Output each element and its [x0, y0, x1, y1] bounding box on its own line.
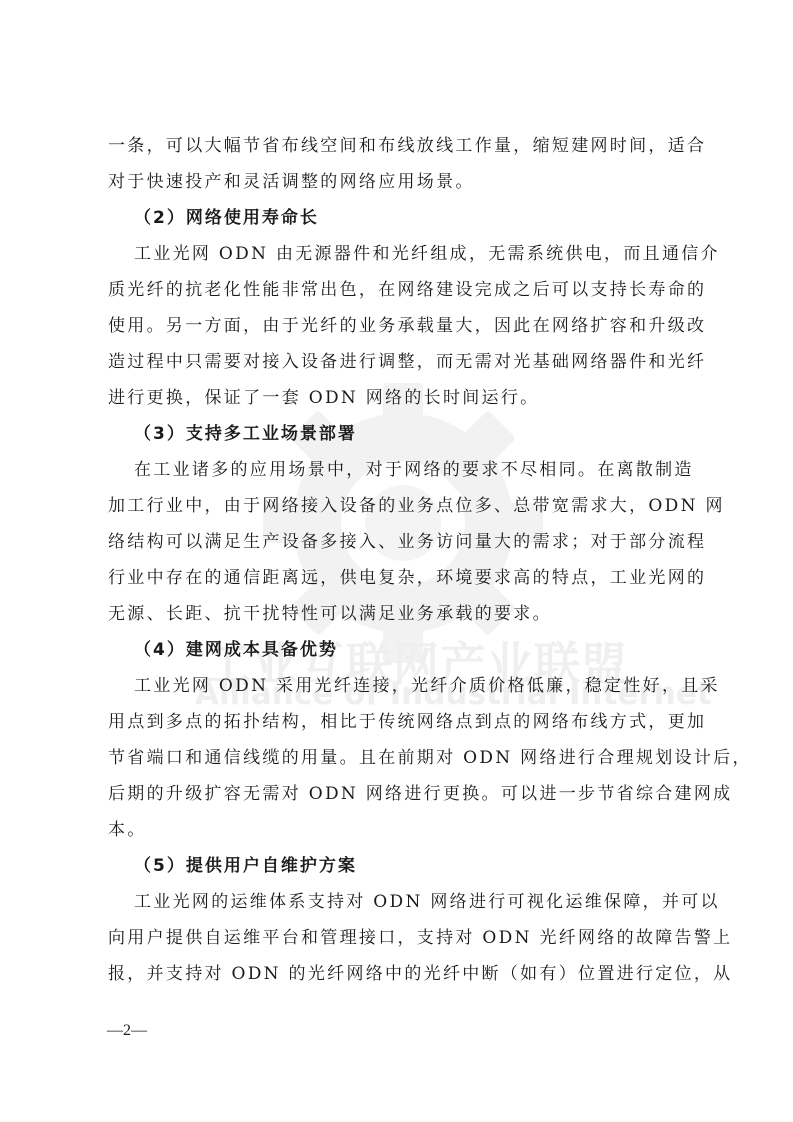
- paragraph: 在工业诸多的应用场景中，对于网络的要求不尽相同。在离散制造 加工行业中，由于网络…: [108, 452, 690, 632]
- text-line: 对于快速投产和灵活调整的网络应用场景。: [108, 164, 690, 200]
- text-line: 本。: [108, 812, 690, 848]
- page-number: —2—: [107, 1022, 147, 1040]
- paragraph: 一条，可以大幅节省布线空间和布线放线工作量，缩短建网时间，适合 对于快速投产和灵…: [108, 128, 690, 200]
- text-line: 节省端口和通信线缆的用量。且在前期对 ODN 网络进行合理规划设计后，: [108, 740, 690, 776]
- text-line: 加工行业中，由于网络接入设备的业务点位多、总带宽需求大，ODN 网: [108, 488, 690, 524]
- text-line: 无源、长距、抗干扰特性可以满足业务承载的要求。: [108, 596, 690, 632]
- section-heading: （3）支持多工业场景部署: [108, 416, 690, 452]
- text-line: 工业光网 ODN 由无源器件和光纤组成，无需系统供电，而且通信介: [108, 236, 690, 272]
- text-line: 络结构可以满足生产设备多接入、业务访问量大的需求；对于部分流程: [108, 524, 690, 560]
- text-line: 在工业诸多的应用场景中，对于网络的要求不尽相同。在离散制造: [108, 452, 690, 488]
- text-line: 报，并支持对 ODN 的光纤网络中的光纤中断（如有）位置进行定位，从: [108, 956, 690, 992]
- document-page: 工业互联网产业联盟 Alliance of Industrial Interne…: [0, 0, 793, 1122]
- text-line: 工业光网的运维体系支持对 ODN 网络进行可视化运维保障，并可以: [108, 884, 690, 920]
- text-line: 进行更换，保证了一套 ODN 网络的长时间运行。: [108, 380, 690, 416]
- text-line: 质光纤的抗老化性能非常出色，在网络建设完成之后可以支持长寿命的: [108, 272, 690, 308]
- paragraph: 工业光网 ODN 由无源器件和光纤组成，无需系统供电，而且通信介 质光纤的抗老化…: [108, 236, 690, 416]
- document-body: 一条，可以大幅节省布线空间和布线放线工作量，缩短建网时间，适合 对于快速投产和灵…: [108, 128, 690, 992]
- text-line: 造过程中只需要对接入设备进行调整，而无需对光基础网络器件和光纤: [108, 344, 690, 380]
- text-line: 行业中存在的通信距离远，供电复杂，环境要求高的特点，工业光网的: [108, 560, 690, 596]
- section-heading: （5）提供用户自维护方案: [108, 848, 690, 884]
- text-line: 一条，可以大幅节省布线空间和布线放线工作量，缩短建网时间，适合: [108, 128, 690, 164]
- section-heading: （4）建网成本具备优势: [108, 632, 690, 668]
- text-line: 使用。另一方面，由于光纤的业务承载量大，因此在网络扩容和升级改: [108, 308, 690, 344]
- paragraph: 工业光网 ODN 采用光纤连接，光纤介质价格低廉，稳定性好，且采 用点到多点的拓…: [108, 668, 690, 848]
- text-line: 工业光网 ODN 采用光纤连接，光纤介质价格低廉，稳定性好，且采: [108, 668, 690, 704]
- text-line: 用点到多点的拓扑结构，相比于传统网络点到点的网络布线方式，更加: [108, 704, 690, 740]
- text-line: 向用户提供自运维平台和管理接口，支持对 ODN 光纤网络的故障告警上: [108, 920, 690, 956]
- section-heading: （2）网络使用寿命长: [108, 200, 690, 236]
- paragraph: 工业光网的运维体系支持对 ODN 网络进行可视化运维保障，并可以 向用户提供自运…: [108, 884, 690, 992]
- text-line: 后期的升级扩容无需对 ODN 网络进行更换。可以进一步节省综合建网成: [108, 776, 690, 812]
